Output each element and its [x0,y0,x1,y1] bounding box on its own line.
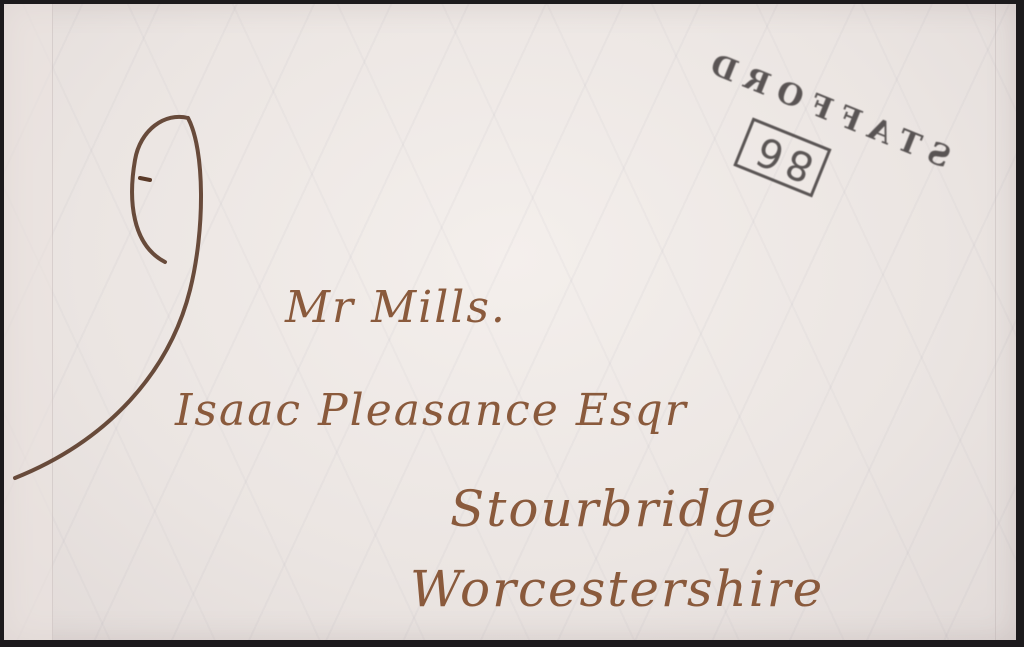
address-line-county: Worcestershire [410,560,824,618]
address-line-recipient: Mr Mills. [285,282,507,333]
charge-mark-nine [0,0,1024,647]
address-line-town: Stourbridge [450,480,778,538]
address-line-care-of: Isaac Pleasance Esqr [175,385,688,436]
